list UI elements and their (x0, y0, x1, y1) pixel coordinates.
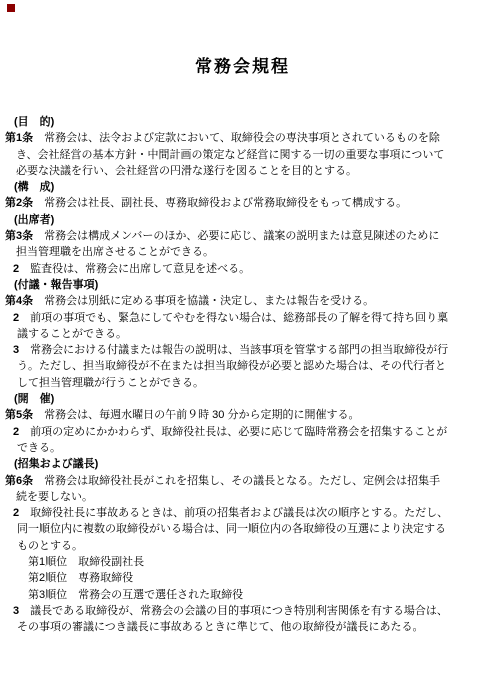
section-heading: (目 的) (0, 114, 485, 130)
clause-text: 前項の事項でも、緊急にしてやむを得ない場合は、総務部長の了解を得て持ち回り稟 議… (17, 312, 448, 340)
clause-text: 取締役社長に事故あるときは、前項の招集者および議長は次の順序とする。ただし、 同… (17, 507, 448, 552)
clause-text: 議長である取締役が、常務会の会議の目的事項につき特別利害関係を有する場合は、 そ… (17, 605, 448, 633)
clause-text: 常務会は、毎週水曜日の午前９時 30 分から定期的に開催する。 (33, 409, 359, 421)
section-heading: (開 催) (0, 391, 485, 407)
clause-text: 前項の定めにかかわらず、取締役社長は、必要に応じて臨時常務会を招集することが で… (17, 426, 447, 454)
sub-paragraph: 2 前項の定めにかかわらず、取締役社長は、必要に応じて臨時常務会を招集することが… (0, 424, 485, 457)
clause-text: 常務会は、法令および定款において、取締役会の専決事項とされているものを除 き、会… (16, 132, 444, 177)
sub-paragraph: 3 常務会における付議または報告の説明は、当該事項を管掌する部門の担当取締役が行… (0, 342, 485, 391)
article-paragraph: 第6条 常務会は取締役社長がこれを招集し、その議長となる。ただし、定例会は招集手… (0, 473, 485, 506)
clause-text: 常務会における付議または報告の説明は、当該事項を管掌する部門の担当取締役が行 う… (17, 344, 448, 389)
corner-mark (7, 4, 15, 12)
article-paragraph: 第2条 常務会は社長、副社長、専務取締役および常務取締役をもって構成する。 (0, 195, 485, 211)
sub-paragraph: 2 監査役は、常務会に出席して意見を述べる。 (0, 261, 485, 277)
article-paragraph: 第3条 常務会は構成メンバーのほか、必要に応じ、議案の説明または意見陳述のために… (0, 228, 485, 261)
article-paragraph: 第1条 常務会は、法令および定款において、取締役会の専決事項とされているものを除… (0, 130, 485, 179)
rank-item: 第3順位 常務会の互選で選任された取締役 (0, 587, 485, 603)
rank-item: 第1順位 取締役副社長 (0, 554, 485, 570)
clause-text: 常務会は構成メンバーのほか、必要に応じ、議案の説明または意見陳述のために 担当管… (16, 230, 439, 258)
clause-number: 第1条 (5, 132, 33, 144)
document-page: 常務会規程 (目 的)第1条 常務会は、法令および定款において、取締役会の専決事… (0, 0, 485, 692)
clause-number: 第3条 (5, 230, 33, 242)
clause-text: 常務会は別紙に定める事項を協議・決定し、または報告を受ける。 (33, 295, 374, 307)
clause-number: 第6条 (5, 475, 33, 487)
section-heading: (構 成) (0, 179, 485, 195)
clause-number: 第4条 (5, 295, 33, 307)
section-heading: (招集および議長) (0, 456, 485, 472)
clause-text: 常務会は取締役社長がこれを招集し、その議長となる。ただし、定例会は招集手 続を要… (16, 475, 440, 503)
clause-number: 第2条 (5, 197, 33, 209)
article-paragraph: 第5条 常務会は、毎週水曜日の午前９時 30 分から定期的に開催する。 (0, 407, 485, 423)
section-heading: (出席者) (0, 212, 485, 228)
rank-item: 第2順位 専務取締役 (0, 570, 485, 586)
document-body: (目 的)第1条 常務会は、法令および定款において、取締役会の専決事項とされてい… (0, 114, 485, 636)
article-paragraph: 第4条 常務会は別紙に定める事項を協議・決定し、または報告を受ける。 (0, 293, 485, 309)
page-title: 常務会規程 (0, 57, 485, 77)
clause-text: 常務会は社長、副社長、専務取締役および常務取締役をもって構成する。 (33, 197, 407, 209)
section-heading: (付議・報告事項) (0, 277, 485, 293)
sub-paragraph: 3 議長である取締役が、常務会の会議の目的事項につき特別利害関係を有する場合は、… (0, 603, 485, 636)
clause-number: 第5条 (5, 409, 33, 421)
sub-paragraph: 2 取締役社長に事故あるときは、前項の招集者および議長は次の順序とする。ただし、… (0, 505, 485, 554)
sub-paragraph: 2 前項の事項でも、緊急にしてやむを得ない場合は、総務部長の了解を得て持ち回り稟… (0, 310, 485, 343)
clause-text: 監査役は、常務会に出席して意見を述べる。 (19, 263, 250, 275)
